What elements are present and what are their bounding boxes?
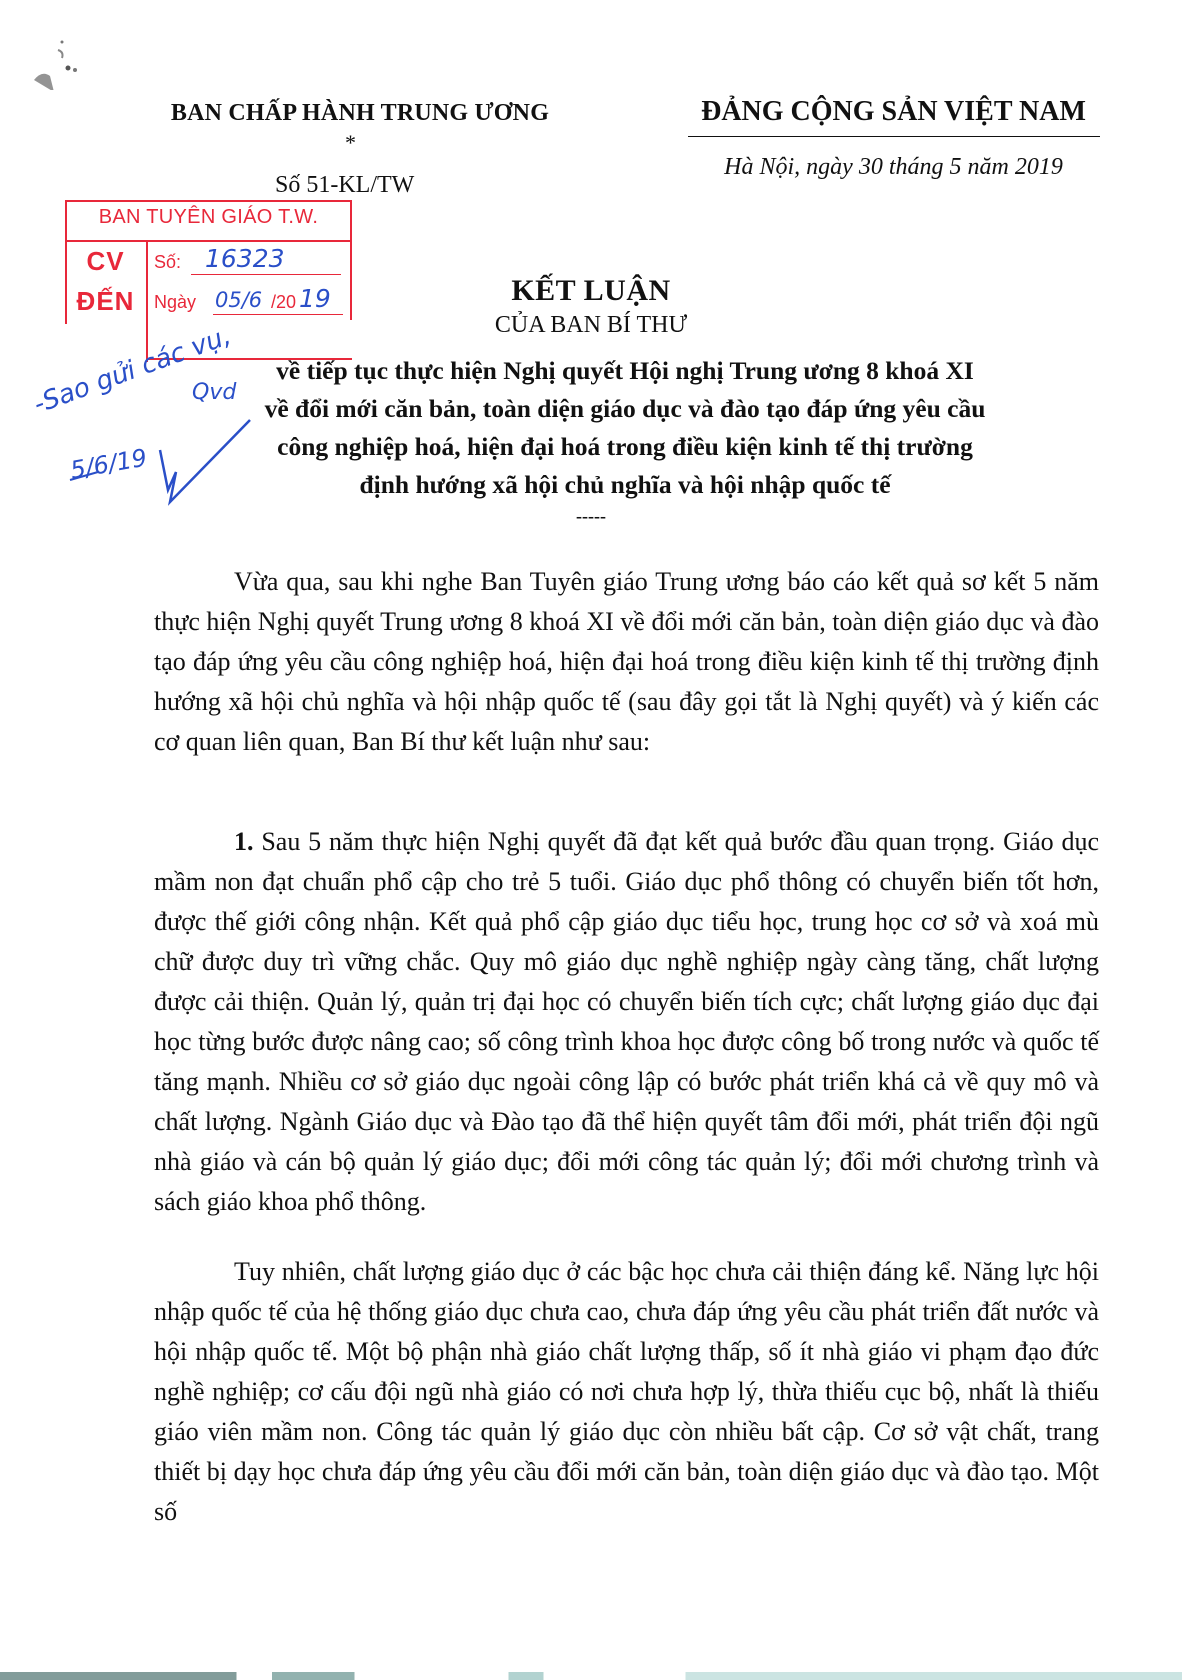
section-1-paragraph: 1. Sau 5 năm thực hiện Nghị quyết đã đạt… [154,822,1099,1222]
title-divider: ----- [0,506,1182,527]
document-number: Số 51-KL/TW [275,172,414,199]
stamp-organization: BAN TUYÊN GIÁO T.W. [65,206,352,229]
section-1-text-wrap: 1. Sau 5 năm thực hiện Nghị quyết đã đạt… [154,822,1099,1222]
place-date: Hà Nội, ngày 30 tháng 5 năm 2019 [686,154,1101,181]
document-title: KẾT LUẬN [0,274,1182,308]
subject-line: công nghiệp hoá, hiện đại hoá trong điều… [175,428,1075,466]
scan-artifact [20,30,100,90]
scan-edge-artifact [0,1672,1182,1680]
header-separator: * [345,130,356,156]
paragraph-3: Tuy nhiên, chất lượng giáo dục ở các bậc… [154,1252,1099,1532]
document-subject: về tiếp tục thực hiện Nghị quyết Hội ngh… [175,352,1075,504]
intro-paragraph: Vừa qua, sau khi nghe Ban Tuyên giáo Tru… [154,562,1099,762]
section-1-text: Sau 5 năm thực hiện Nghị quyết đã đạt kế… [154,827,1099,1216]
intro-text: Vừa qua, sau khi nghe Ban Tuyên giáo Tru… [154,562,1099,762]
heading-underline [688,136,1100,137]
subject-line: về đổi mới căn bản, toàn diện giáo dục v… [175,390,1075,428]
stamp-number-label: Số: [154,252,181,273]
document-subtitle: CỦA BAN BÍ THƯ [0,312,1182,339]
stamp-number-value: 16323 [205,244,285,273]
stamp-label-cv: CV [65,246,146,277]
issuer-heading: BAN CHẤP HÀNH TRUNG ƯƠNG [150,100,570,127]
subject-line: về tiếp tục thực hiện Nghị quyết Hội ngh… [175,352,1075,390]
section-number: 1. [234,827,254,856]
party-heading: ĐẢNG CỘNG SẢN VIỆT NAM [686,96,1101,128]
subject-line: định hướng xã hội chủ nghĩa và hội nhập … [175,466,1075,504]
paragraph-3-text: Tuy nhiên, chất lượng giáo dục ở các bậc… [154,1252,1099,1532]
